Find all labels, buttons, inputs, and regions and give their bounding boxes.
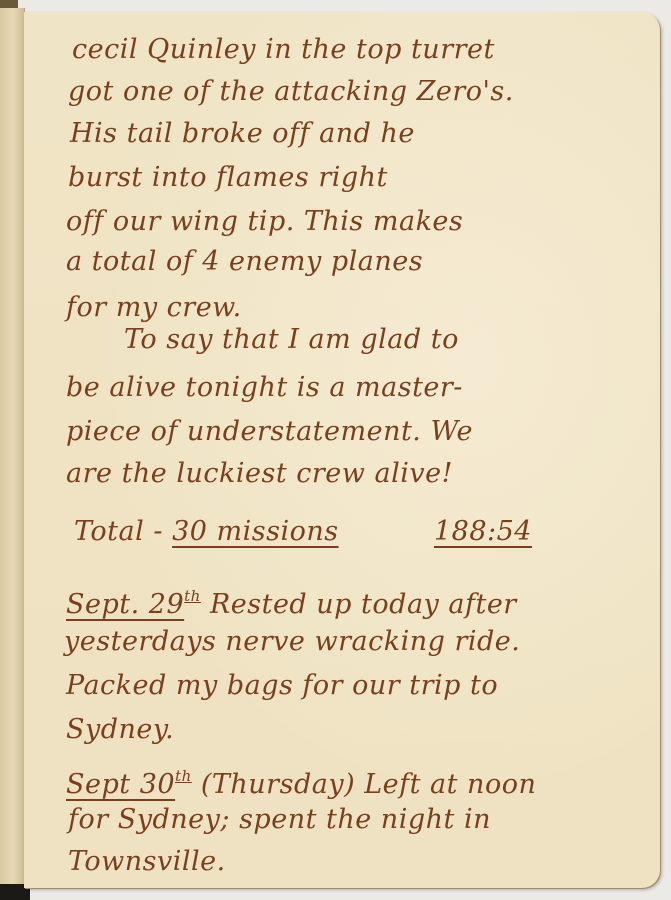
- mission-tally: Total - 30 missions 188:54: [74, 512, 339, 552]
- text-line: piece of understatement. We: [66, 412, 473, 452]
- text-line: Sydney.: [66, 710, 174, 750]
- text-line: (Thursday) Left at noon: [201, 769, 537, 800]
- text-line: cecil Quinley in the top turret: [72, 30, 495, 70]
- entry-date: Sept 30: [66, 769, 175, 800]
- text-line: for Sydney; spent the night in: [68, 800, 491, 840]
- text-line: are the luckiest crew alive!: [66, 454, 453, 494]
- text-line: be alive tonight is a master-: [66, 368, 463, 408]
- tally-label: Total -: [74, 516, 163, 547]
- text-line: His tail broke off and he: [70, 114, 415, 154]
- tally-missions: 30 missions: [172, 516, 339, 547]
- entry-sept-30-heading: Sept 30th (Thursday) Left at noon: [66, 756, 536, 796]
- text-line: Packed my bags for our trip to: [66, 666, 498, 706]
- text-line: Rested up today after: [210, 589, 517, 620]
- diary-page: cecil Quinley in the top turret got one …: [24, 12, 660, 888]
- date-suffix: th: [175, 767, 192, 785]
- entry-date: Sept. 29: [66, 589, 184, 620]
- book-spine: [0, 8, 25, 892]
- entry-sept-29-heading: Sept. 29th Rested up today after: [66, 576, 517, 616]
- text-line: off our wing tip. This makes: [66, 202, 463, 242]
- text-line: Townsville.: [68, 842, 226, 882]
- text-line: a total of 4 enemy planes: [66, 242, 423, 282]
- date-suffix: th: [184, 587, 201, 605]
- text-line: To say that I am glad to: [124, 320, 459, 360]
- tally-hours: 188:54: [434, 512, 532, 552]
- text-line: burst into flames right: [68, 158, 388, 198]
- text-line: yesterdays nerve wracking ride.: [64, 622, 520, 662]
- text-line: got one of the attacking Zero's.: [68, 72, 514, 112]
